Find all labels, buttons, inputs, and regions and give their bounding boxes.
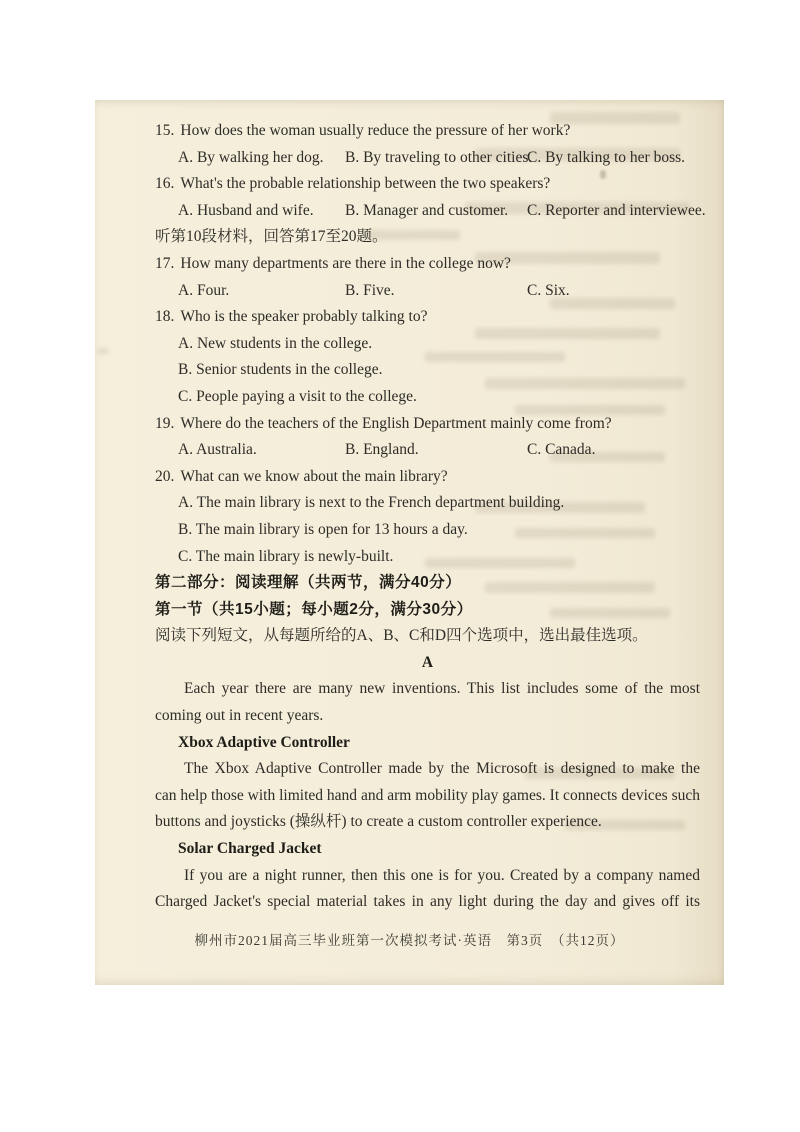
reading-instructions: 阅读下列短文，从每题所给的A、B、C和D四个选项中，选出最佳选项。 <box>155 623 700 650</box>
passage-intro-line-2: coming out in recent years. <box>155 703 700 730</box>
option-17-c: C. Six. <box>527 278 700 305</box>
option-19-b: B. England. <box>345 437 527 464</box>
question-17: 17.How many departments are there in the… <box>155 251 700 278</box>
option-18-c: C. People paying a visit to the college. <box>155 384 700 411</box>
xbox-line-3: buttons and joysticks (操纵杆) to create a … <box>155 809 700 836</box>
question-15-options: A. By walking her dog. B. By traveling t… <box>155 145 700 172</box>
xbox-line-1: The Xbox Adaptive Controller made by the… <box>155 756 700 783</box>
question-19-text: Where do the teachers of the English Dep… <box>180 415 611 432</box>
question-15: 15.How does the woman usually reduce the… <box>155 118 700 145</box>
option-15-c: C. By talking to her boss. <box>527 145 700 172</box>
solar-heading: Solar Charged Jacket <box>155 836 700 863</box>
passage-label: A <box>155 650 700 677</box>
listening-section-note: 听第10段材料，回答第17至20题。 <box>155 224 700 251</box>
option-15-a: A. By walking her dog. <box>178 145 345 172</box>
option-17-b: B. Five. <box>345 278 527 305</box>
option-18-b: B. Senior students in the college. <box>155 357 700 384</box>
question-18-number: 18. <box>155 308 174 325</box>
xbox-line-2: can help those with limited hand and arm… <box>155 783 700 810</box>
part2-heading: 第二部分：阅读理解（共两节，满分40分） <box>155 570 700 597</box>
question-17-options: A. Four. B. Five. C. Six. <box>155 278 700 305</box>
option-16-b: B. Manager and customer. <box>345 198 527 225</box>
question-20: 20.What can we know about the main libra… <box>155 464 700 491</box>
passage-intro-line-1: Each year there are many new inventions.… <box>155 676 700 703</box>
question-15-number: 15. <box>155 122 174 139</box>
question-16: 16.What's the probable relationship betw… <box>155 171 700 198</box>
xbox-heading: Xbox Adaptive Controller <box>155 730 700 757</box>
option-20-b: B. The main library is open for 13 hours… <box>155 517 700 544</box>
page-footer: 柳州市2021届高三毕业班第一次模拟考试·英语 第3页 （共12页） <box>125 928 694 954</box>
option-19-c: C. Canada. <box>527 437 700 464</box>
question-19: 19.Where do the teachers of the English … <box>155 411 700 438</box>
question-18: 18.Who is the speaker probably talking t… <box>155 304 700 331</box>
question-16-number: 16. <box>155 175 174 192</box>
question-19-number: 19. <box>155 415 174 432</box>
question-15-text: How does the woman usually reduce the pr… <box>180 122 570 139</box>
exam-paper-page: 15.How does the woman usually reduce the… <box>95 100 724 985</box>
option-16-a: A. Husband and wife. <box>178 198 345 225</box>
question-20-text: What can we know about the main library? <box>180 468 447 485</box>
option-18-a: A. New students in the college. <box>155 331 700 358</box>
question-17-text: How many departments are there in the co… <box>180 255 511 272</box>
question-19-options: A. Australia. B. England. C. Canada. <box>155 437 700 464</box>
question-16-text: What's the probable relationship between… <box>180 175 550 192</box>
scanned-exam-background: 15.How does the woman usually reduce the… <box>0 0 800 1132</box>
question-17-number: 17. <box>155 255 174 272</box>
question-20-number: 20. <box>155 468 174 485</box>
question-18-text: Who is the speaker probably talking to? <box>180 308 427 325</box>
section1-heading: 第一节（共15小题；每小题2分，满分30分） <box>155 597 700 624</box>
solar-line-2: Charged Jacket's special material takes … <box>155 889 700 916</box>
option-17-a: A. Four. <box>178 278 345 305</box>
option-19-a: A. Australia. <box>178 437 345 464</box>
solar-line-1: If you are a night runner, then this one… <box>155 863 700 890</box>
exam-content: 15.How does the woman usually reduce the… <box>155 118 700 916</box>
option-20-c: C. The main library is newly-built. <box>155 544 700 571</box>
option-20-a: A. The main library is next to the Frenc… <box>155 490 700 517</box>
option-16-c: C. Reporter and interviewee. <box>527 198 706 225</box>
question-16-options: A. Husband and wife. B. Manager and cust… <box>155 198 700 225</box>
option-15-b: B. By traveling to other cities. <box>345 145 527 172</box>
